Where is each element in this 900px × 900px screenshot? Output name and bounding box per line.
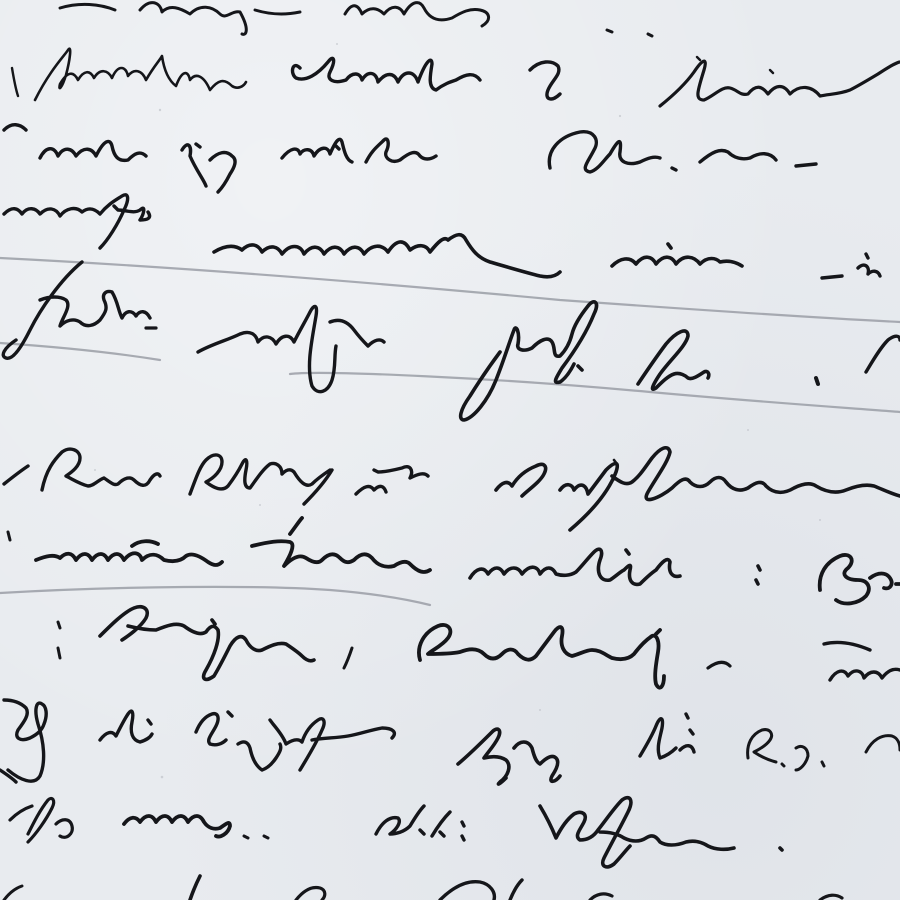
pencil-underline-4: [0, 587, 430, 605]
ink-line-1: [12, 49, 900, 106]
ink-line-9: [10, 798, 782, 867]
manuscript-page: …-fliegen enthält… … bedrückte Stendhal …: [0, 0, 900, 900]
ink-line-2: [4, 125, 816, 192]
ink-line-4: [3, 262, 900, 420]
ink-line-10: [4, 876, 842, 900]
pencil-underline-2: [0, 343, 160, 360]
ink-line-5: [4, 448, 900, 530]
pencil-underline-3: [290, 373, 900, 412]
ink-line-0: [60, 3, 652, 36]
ink-line-7: [58, 607, 900, 688]
handwriting-layer: [0, 0, 900, 900]
ink-line-6: [8, 518, 900, 603]
ink-line-8: [0, 700, 900, 784]
